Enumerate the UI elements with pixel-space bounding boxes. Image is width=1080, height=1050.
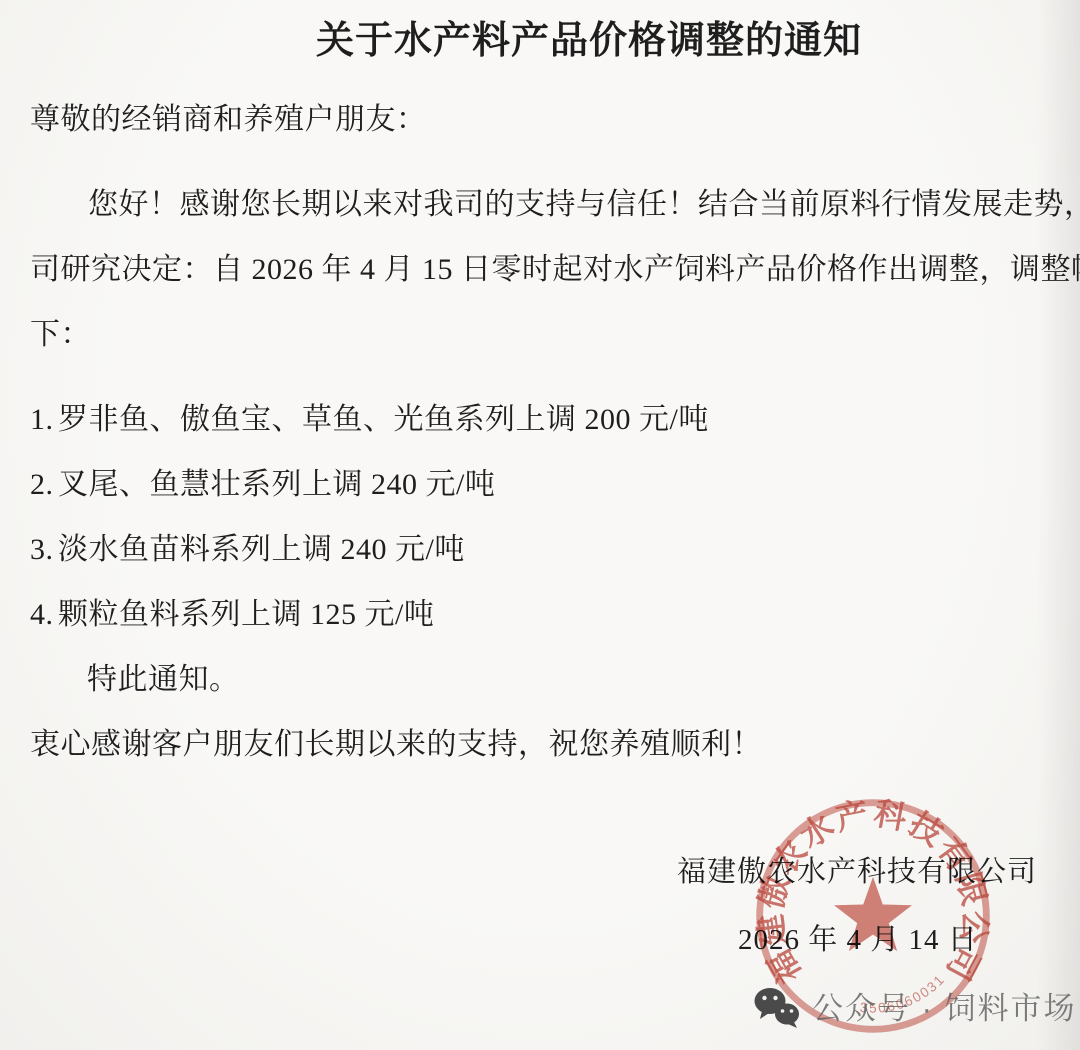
closing-line: 衷心感谢客户朋友们长期以来的支持，祝您养殖顺利！ <box>30 730 762 760</box>
list-item-number: 1. <box>30 405 58 435</box>
seal-star <box>834 877 912 951</box>
wechat-icon <box>752 986 802 1030</box>
watermark-text: 公众号 · 饲料市场 <box>812 993 1077 1024</box>
paragraph-line-1: 您好！感谢您长期以来对我司的支持与信任！结合当前原料行情发展走势，经 <box>88 190 1080 220</box>
list-item-text: 颗粒鱼料系列上调 125 元/吨 <box>58 600 434 630</box>
list-item: 3. 淡水鱼苗料系列上调 240 元/吨 <box>30 535 465 565</box>
list-item-number: 3. <box>30 535 58 565</box>
list-item-text: 叉尾、鱼慧壮系列上调 240 元/吨 <box>58 470 495 500</box>
list-item: 2. 叉尾、鱼慧壮系列上调 240 元/吨 <box>30 470 495 500</box>
paragraph-line-2: 司研究决定：自 2026 年 4 月 15 日零时起对水产饲料产品价格作出调整，… <box>30 255 1080 285</box>
greeting-line: 尊敬的经销商和养殖户朋友： <box>30 105 427 135</box>
list-item-number: 2. <box>30 470 58 500</box>
list-item: 1. 罗非鱼、傲鱼宝、草鱼、光鱼系列上调 200 元/吨 <box>30 405 709 435</box>
document-title: 关于水产料产品价格调整的通知 <box>316 22 862 60</box>
paragraph-line-3: 下： <box>30 320 91 350</box>
list-item-text: 罗非鱼、傲鱼宝、草鱼、光鱼系列上调 200 元/吨 <box>58 405 709 435</box>
watermark: 公众号 · 饲料市场 <box>752 986 1077 1030</box>
list-item: 4. 颗粒鱼料系列上调 125 元/吨 <box>30 600 434 630</box>
list-item-text: 淡水鱼苗料系列上调 240 元/吨 <box>58 535 465 565</box>
notice-document: 关于水产料产品价格调整的通知 尊敬的经销商和养殖户朋友： 您好！感谢您长期以来对… <box>0 0 1080 1050</box>
list-item-number: 4. <box>30 600 58 630</box>
notice-line: 特此通知。 <box>87 665 240 695</box>
